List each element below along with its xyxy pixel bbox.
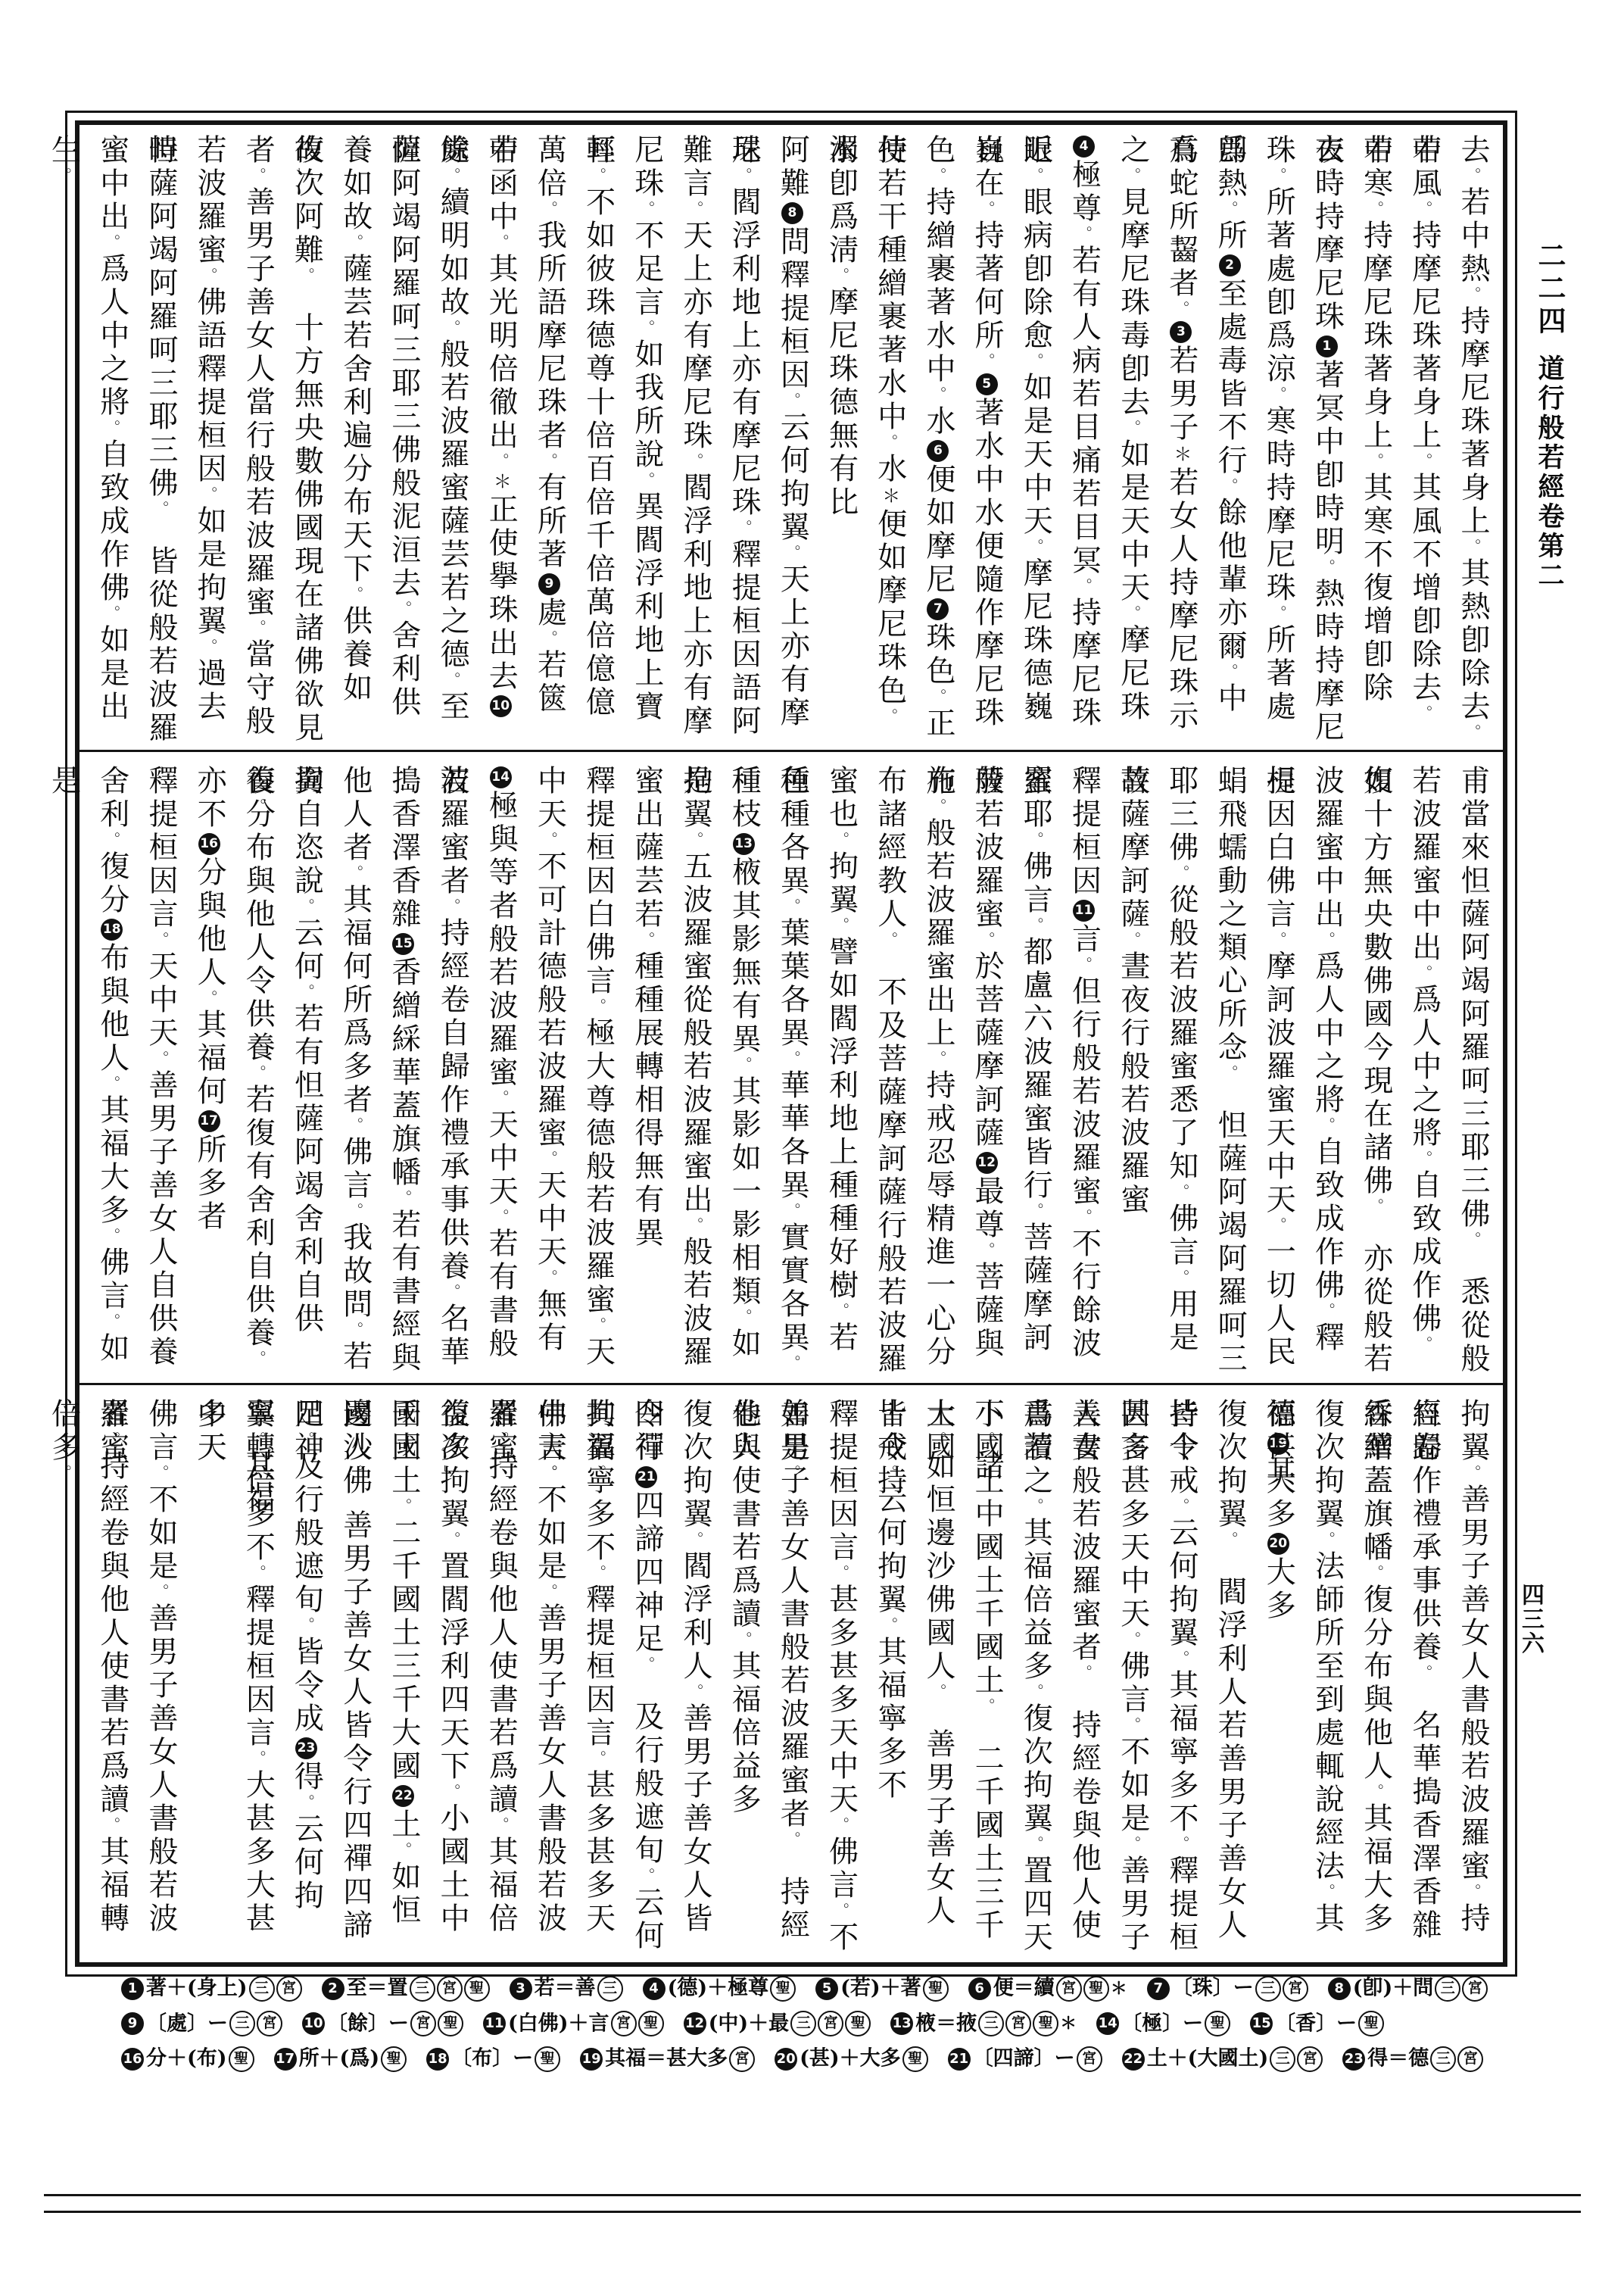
- glyph: 讀: [484, 1784, 518, 1813]
- glyph: 葉: [775, 917, 809, 947]
- glyph: 遮: [630, 1801, 664, 1830]
- glyph: 影: [727, 1209, 761, 1238]
- text-column: 菩薩摩訶薩。晝夜行般若波羅蜜: [1108, 756, 1157, 1383]
- punctuation: 。: [540, 453, 558, 468]
- glyph: 多: [192, 1167, 226, 1197]
- glyph: 天: [1116, 572, 1150, 601]
- glyph: 若: [678, 1269, 712, 1299]
- glyph: 次: [435, 1431, 469, 1461]
- text-column: 爲蛇所齧者。3若男子＊若女人持摩尼珠示: [1157, 125, 1205, 747]
- glyph: 土: [921, 1398, 955, 1428]
- glyph: 阿: [387, 234, 421, 264]
- glyph: 因: [1261, 798, 1295, 828]
- glyph: 進: [921, 1236, 955, 1266]
- glyph: 般: [1116, 1050, 1150, 1080]
- glyph: 之: [1407, 1084, 1442, 1113]
- footnote-text: 著＋(身上): [146, 1977, 248, 2000]
- glyph: 持: [921, 1069, 955, 1099]
- glyph: 四: [630, 1490, 664, 1519]
- glyph: 白: [1261, 832, 1295, 861]
- glyph: 若: [484, 134, 518, 164]
- glyph: 足: [630, 1623, 664, 1653]
- glyph: 身: [1407, 386, 1442, 416]
- text-column: 珠。所著處卽爲涼。寒時持摩尼珠。所著處卽: [1254, 125, 1302, 747]
- glyph: 天: [678, 220, 712, 249]
- glyph: 著: [1456, 438, 1490, 468]
- glyph: 與: [241, 865, 275, 894]
- glyph: 所: [1261, 624, 1295, 654]
- glyph: 甚: [241, 1902, 275, 1932]
- punctuation: 。: [103, 605, 121, 620]
- glyph: 養: [338, 134, 372, 164]
- punctuation: 。: [103, 1075, 121, 1091]
- punctuation: 。: [200, 990, 218, 1005]
- glyph: 男: [144, 1636, 178, 1665]
- glyph: 足: [630, 253, 664, 282]
- glyph: 異: [775, 1017, 809, 1047]
- footnote-text: (甚)＋大多: [800, 2047, 901, 2071]
- text-column: 爲熱。所2至處毒皆不行。餘他輩亦爾。中有: [1205, 125, 1254, 747]
- footnote-number: 23: [1342, 2048, 1365, 2071]
- glyph: 善: [241, 286, 275, 316]
- glyph: 言: [144, 898, 178, 928]
- glyph: 國: [290, 512, 324, 541]
- glyph: 多: [1359, 1902, 1393, 1932]
- glyph: 波: [144, 1902, 178, 1932]
- glyph: 若: [532, 1017, 566, 1047]
- glyph: 持: [1261, 472, 1295, 501]
- glyph: 說: [630, 438, 664, 468]
- glyph: 桓: [192, 420, 226, 449]
- glyph: 繒: [387, 990, 421, 1019]
- glyph: 上: [1456, 505, 1490, 535]
- glyph: 之: [1018, 1465, 1052, 1494]
- punctuation: 。: [929, 1684, 947, 1691]
- glyph: 便: [873, 508, 907, 538]
- glyph: 持: [921, 186, 955, 216]
- punctuation: 。: [200, 267, 218, 282]
- glyph: 耶: [1164, 765, 1199, 794]
- glyph: 阿: [1456, 998, 1490, 1028]
- glyph: 福: [1261, 1398, 1295, 1428]
- glyph: 釋: [1164, 1855, 1199, 1884]
- glyph: 蜜: [1407, 865, 1442, 894]
- glyph: 四: [338, 1809, 372, 1839]
- footnote-text: 〔四諦〕ー: [973, 2047, 1075, 2071]
- glyph: 雜: [387, 898, 421, 928]
- glyph: 各: [775, 1288, 809, 1318]
- glyph: 戒: [921, 1103, 955, 1132]
- glyph: 禮: [435, 1117, 469, 1147]
- edition-siglum: 聖: [535, 2046, 560, 2072]
- glyph: 四: [630, 1398, 664, 1428]
- glyph: 夜: [1116, 984, 1150, 1013]
- footnote-number: 12: [684, 2012, 706, 2035]
- edition-siglum: 宮: [1056, 1976, 1082, 2002]
- glyph: 所: [192, 1134, 226, 1163]
- glyph: 云: [290, 1813, 324, 1843]
- glyph: 出: [95, 201, 129, 230]
- glyph: 羅: [1310, 798, 1344, 828]
- glyph: 提: [144, 798, 178, 828]
- glyph: 其: [484, 253, 518, 282]
- glyph: 中: [1310, 1017, 1344, 1047]
- glyph: 著: [921, 286, 955, 316]
- footnote-number: 10: [302, 2012, 325, 2035]
- glyph: 蓋: [1359, 1465, 1393, 1494]
- glyph: 天: [484, 1175, 518, 1205]
- glyph: 土: [970, 1665, 1004, 1694]
- glyph: 羅: [1068, 1565, 1102, 1594]
- glyph: 般: [1068, 1042, 1102, 1072]
- glyph: 土: [970, 1465, 1004, 1494]
- glyph: 佛: [824, 1836, 859, 1865]
- punctuation: 。: [1463, 167, 1482, 183]
- punctuation: 。: [1220, 478, 1239, 493]
- edition-siglum: 宮: [818, 2011, 843, 2036]
- edition-siglum: 宮: [1297, 2046, 1323, 2072]
- glyph: 泥: [387, 501, 421, 530]
- glyph: 種: [824, 1169, 859, 1199]
- glyph: 男: [1164, 378, 1199, 407]
- glyph: 提: [192, 386, 226, 416]
- glyph: 種: [775, 765, 809, 794]
- glyph: 尼: [630, 134, 664, 164]
- glyph: 異: [775, 1322, 809, 1351]
- punctuation: 。: [1026, 917, 1044, 932]
- glyph: 千: [970, 1776, 1004, 1805]
- glyph: 子: [678, 1769, 712, 1799]
- glyph: 倍: [581, 553, 616, 582]
- glyph: 致: [1310, 1169, 1344, 1199]
- glyph: [873, 943, 907, 972]
- glyph: 計: [532, 917, 566, 947]
- glyph: 小: [435, 1802, 469, 1832]
- glyph: 從: [678, 984, 712, 1013]
- edition-siglum: 聖: [438, 2011, 463, 2036]
- glyph: 羅: [484, 1023, 518, 1053]
- punctuation: 。: [1317, 1303, 1336, 1318]
- text-column: 色。持繒裹著水中。水6便如摩尼7珠色。正使: [914, 125, 962, 747]
- text-column: 薩阿竭阿羅呵三耶三佛般泥洹去。舍利供: [379, 125, 428, 747]
- text-column: 爲讀之。其福倍益多。復次拘翼。置四天下。諸: [1011, 1389, 1059, 1955]
- glyph: 葉: [775, 950, 809, 980]
- glyph: 波: [1116, 1117, 1150, 1147]
- glyph: [1213, 1543, 1247, 1572]
- glyph: 拘: [290, 1880, 324, 1909]
- glyph: 波: [1068, 1328, 1102, 1357]
- footnotes-apparatus: 1著＋(身上)三宮2至＝置三宮聖3若＝善三4(德)＋極尊聖5(若)＋著聖6便＝續…: [121, 1971, 1526, 2077]
- edition-siglum: 三: [790, 2011, 816, 2036]
- footnote-entry: 16分＋(布)聖: [121, 2041, 254, 2077]
- glyph: 耶: [144, 401, 178, 430]
- glyph: 書: [1068, 1431, 1102, 1461]
- punctuation: 。: [1463, 1465, 1482, 1480]
- glyph: 一: [921, 1269, 955, 1299]
- glyph: 毒: [1213, 345, 1247, 374]
- glyph: 舍: [241, 1184, 275, 1213]
- glyph: 天: [144, 950, 178, 980]
- glyph: 卷: [95, 1517, 129, 1546]
- edition-siglum: 宮: [437, 1976, 463, 2002]
- glyph: 寶: [630, 691, 664, 720]
- glyph: 言: [824, 1531, 859, 1561]
- glyph: 子: [144, 1136, 178, 1166]
- glyph: 輒: [1310, 1750, 1344, 1780]
- footnote-entry: 19其福＝甚大多宮: [580, 2041, 755, 2077]
- text-column: 拘翼。善男子善女人書般若波羅蜜。持經卷: [1448, 1389, 1497, 1955]
- footnote-ref-mark: 12: [976, 1152, 998, 1174]
- glyph: 地: [727, 286, 761, 316]
- edition-siglum: 聖: [770, 1976, 796, 2002]
- glyph: 若: [1068, 245, 1102, 274]
- glyph: 中: [1456, 220, 1490, 249]
- glyph: 利: [435, 1650, 469, 1680]
- glyph: [290, 279, 324, 308]
- glyph: 經: [775, 1909, 809, 1939]
- glyph: 至: [1310, 1650, 1344, 1680]
- glyph: 是: [1164, 1322, 1199, 1351]
- glyph: 影: [727, 923, 761, 953]
- glyph: 人: [1407, 1017, 1442, 1047]
- glyph: 便: [970, 530, 1004, 560]
- glyph: 讀: [1018, 1431, 1052, 1461]
- text-column: 復次阿難。 十方無央數佛國現在諸佛欲見: [282, 125, 330, 747]
- glyph: 故: [435, 286, 469, 316]
- glyph: 羅: [192, 201, 226, 230]
- glyph: 行: [290, 1484, 324, 1513]
- punctuation: 。: [1367, 1784, 1385, 1799]
- glyph: 大: [1261, 1556, 1295, 1586]
- text-column: 中風。持摩尼珠著身上。其風不增卽除去。若: [1400, 125, 1448, 747]
- text-column: 復分布與他人令供養。若復有舍利自供養。: [233, 756, 282, 1383]
- text-column: 甚多甚多天中天。佛言。不如是。善男子善女: [1108, 1389, 1157, 1955]
- text-column: 布諸經教人。 不及菩薩摩訶薩行般若波羅: [865, 756, 914, 1383]
- punctuation: 。: [346, 586, 364, 601]
- glyph: 多: [1116, 1431, 1150, 1461]
- punctuation: 。: [394, 1842, 413, 1857]
- punctuation: 。: [783, 1831, 801, 1839]
- glyph: 倍: [581, 420, 616, 449]
- register-c: 拘翼。善男子善女人書般若波羅蜜。持經卷自歸作禮承事供養。 名華搗香澤香雜香繒綵華…: [86, 1389, 1497, 1955]
- glyph: 羅: [1456, 1817, 1490, 1846]
- glyph: 竭: [144, 234, 178, 264]
- bottom-rule-2: [44, 2211, 1581, 2213]
- glyph: 竭: [387, 201, 421, 230]
- footnote-text: (中)＋最: [709, 2011, 790, 2035]
- glyph: 布: [1359, 1650, 1393, 1680]
- glyph: 都: [1018, 936, 1052, 966]
- punctuation: 。: [443, 672, 461, 687]
- glyph: 珠: [921, 622, 955, 651]
- punctuation: 。: [443, 167, 461, 183]
- text-column: 四禪21四諦四神足。 及行般遮旬。云何拘翼。: [622, 1389, 671, 1955]
- glyph: 女: [144, 1736, 178, 1765]
- glyph: 摩: [1310, 234, 1344, 264]
- glyph: 摩: [921, 530, 955, 560]
- glyph: 蜜: [1018, 765, 1052, 794]
- punctuation: 。: [1220, 201, 1239, 216]
- glyph: 珠: [1261, 134, 1295, 164]
- glyph: 浮: [678, 505, 712, 535]
- footnote-ref-mark: 21: [635, 1466, 657, 1488]
- register-separator-1: [79, 750, 1503, 752]
- footnote-entry: 3若＝善三: [510, 1971, 623, 2006]
- footnote-entry: 6便＝續宮聖＊: [968, 1971, 1127, 2006]
- glyph: 故: [338, 1255, 372, 1284]
- glyph: 不: [532, 1484, 566, 1513]
- glyph: 不: [1068, 1228, 1102, 1257]
- footnote-entry: 1著＋(身上)三宮: [121, 1971, 302, 2006]
- glyph: 譬: [824, 936, 859, 966]
- glyph: 各: [775, 984, 809, 1013]
- glyph: 子: [1213, 1809, 1247, 1839]
- glyph: 阿: [144, 267, 178, 297]
- punctuation: 。: [1172, 1184, 1190, 1199]
- glyph: 閻: [727, 186, 761, 216]
- glyph: 白: [581, 898, 616, 928]
- punctuation: 。: [248, 167, 267, 183]
- glyph: 中: [824, 1750, 859, 1780]
- glyph: 佛: [1261, 865, 1295, 894]
- glyph: 難: [678, 134, 712, 164]
- glyph: 成: [290, 1702, 324, 1732]
- edition-siglum: 宮: [729, 2046, 755, 2072]
- glyph: 何: [775, 445, 809, 474]
- glyph: 波: [1164, 984, 1199, 1013]
- glyph: 國: [387, 1431, 421, 1461]
- glyph: 身: [1456, 472, 1490, 501]
- footnote-text: 若＝善: [535, 1977, 596, 2000]
- glyph: 蜜: [1261, 1084, 1295, 1113]
- glyph: 繒: [921, 220, 955, 249]
- glyph: 土: [387, 1617, 421, 1646]
- glyph: 時: [1310, 167, 1344, 197]
- footnote-entry: 18〔布〕ー聖: [426, 2041, 560, 2077]
- text-column: 尼珠。不足言。如我所說。異閻浮利地上寶輕: [622, 125, 671, 747]
- glyph: 國: [387, 1750, 421, 1780]
- glyph: 多: [1261, 1590, 1295, 1619]
- glyph: 施: [921, 765, 955, 794]
- glyph: 彼: [581, 253, 616, 282]
- text-column: 他人者。其福何所爲多者。佛言。我故問。若拘: [331, 756, 379, 1383]
- glyph: 次: [1018, 1736, 1052, 1765]
- text-column: 若波羅蜜。佛語釋提桓因。如是拘翼。過去時: [185, 125, 233, 747]
- glyph: 上: [775, 597, 809, 626]
- text-column: 亦不16分與他人。其福何17所多者: [185, 756, 233, 1383]
- punctuation: 。: [346, 234, 364, 249]
- glyph: 何: [873, 1517, 907, 1546]
- glyph: 若: [532, 1869, 566, 1899]
- glyph: 利: [290, 1236, 324, 1266]
- punctuation: 。: [103, 234, 121, 249]
- glyph: [1213, 1076, 1247, 1106]
- glyph: 甚: [581, 1836, 616, 1865]
- glyph: 寧: [1164, 1736, 1199, 1765]
- glyph: 羅: [678, 917, 712, 947]
- glyph: 及: [873, 1010, 907, 1039]
- footnote-entry: 23得＝德三宮: [1342, 2041, 1483, 2077]
- glyph: 其: [581, 1398, 616, 1428]
- punctuation: 。: [151, 1465, 170, 1480]
- glyph: 土: [387, 1465, 421, 1494]
- glyph: 倍: [47, 1398, 81, 1428]
- glyph: 云: [1164, 1517, 1199, 1546]
- text-column: 若函中。其光明倍徹出。＊正使擧珠出去10餘: [476, 125, 525, 747]
- footnote-ref-mark: 8: [781, 202, 803, 224]
- glyph: 蜜: [678, 950, 712, 980]
- glyph: 之: [1310, 1050, 1344, 1080]
- glyph: 異: [630, 1217, 664, 1247]
- glyph: 若: [95, 1717, 129, 1746]
- glyph: 持: [970, 220, 1004, 249]
- punctuation: 。: [1269, 605, 1287, 620]
- glyph: 多: [241, 1498, 275, 1528]
- glyph: 如: [387, 1861, 421, 1890]
- glyph: 福: [338, 917, 372, 947]
- glyph: 善: [678, 1702, 712, 1732]
- glyph: 拘: [1456, 1398, 1490, 1428]
- glyph: 蜜: [1068, 1598, 1102, 1628]
- glyph: 大: [241, 1869, 275, 1899]
- glyph: 怛: [290, 1069, 324, 1099]
- glyph: 所: [532, 253, 566, 282]
- punctuation: 。: [832, 1565, 850, 1580]
- glyph: 病: [1068, 345, 1102, 374]
- glyph: 蜜: [435, 472, 469, 501]
- glyph: 何: [290, 950, 324, 980]
- edition-siglum: 三: [597, 1976, 623, 2002]
- glyph: 因: [581, 1684, 616, 1713]
- glyph: 言: [95, 1280, 129, 1309]
- glyph: 使: [1068, 1909, 1102, 1939]
- glyph: 若: [144, 645, 178, 675]
- glyph: 說: [290, 865, 324, 894]
- glyph: 行: [241, 420, 275, 449]
- glyph: 多: [1116, 1498, 1150, 1528]
- glyph: 地: [824, 1103, 859, 1132]
- glyph: 若: [338, 1340, 372, 1370]
- glyph: 善: [775, 1498, 809, 1528]
- glyph: 波: [1018, 1036, 1052, 1066]
- glyph: 言: [338, 1169, 372, 1199]
- punctuation: 。: [734, 1309, 753, 1324]
- punctuation: 。: [1026, 1684, 1044, 1699]
- glyph: 摩: [824, 286, 859, 316]
- glyph: 成: [1310, 1203, 1344, 1232]
- punctuation: 。: [832, 267, 850, 282]
- glyph: 桓: [581, 832, 616, 861]
- glyph: 珠: [532, 386, 566, 416]
- glyph: 羅: [678, 1117, 712, 1147]
- glyph: 爲: [1164, 134, 1199, 164]
- glyph: 桓: [1261, 765, 1295, 794]
- glyph: 書: [387, 1275, 421, 1305]
- footnote-entry: 4(德)＋極尊聖: [643, 1971, 796, 2006]
- glyph: 水: [970, 497, 1004, 526]
- punctuation: 。: [103, 1431, 121, 1447]
- glyph: 念: [1213, 1031, 1247, 1061]
- glyph: 波: [1456, 1784, 1490, 1813]
- glyph: 般: [484, 1328, 518, 1357]
- footnote-ref-mark: 7: [927, 598, 949, 620]
- glyph: 三: [144, 367, 178, 397]
- glyph: 善: [921, 1728, 955, 1758]
- glyph: 布: [95, 942, 129, 972]
- glyph: 般: [873, 1243, 907, 1272]
- glyph: 上: [727, 320, 761, 349]
- punctuation: 。: [881, 1465, 899, 1480]
